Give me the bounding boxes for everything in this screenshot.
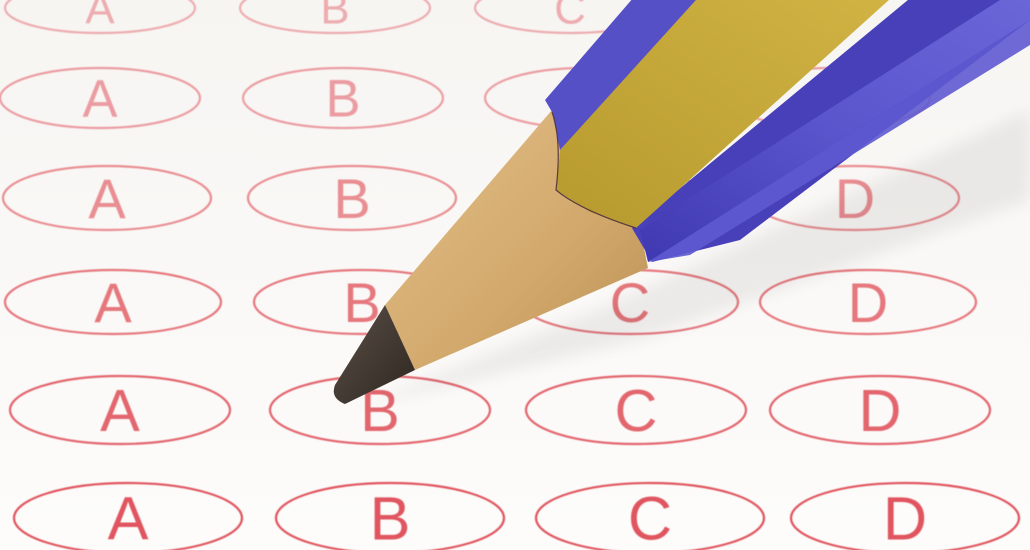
- bubble-label: D: [848, 271, 888, 334]
- bubble-label: C: [628, 485, 672, 550]
- bubble-label: B: [325, 70, 360, 129]
- bubble-label: C: [615, 377, 658, 444]
- bubble-label: B: [333, 167, 370, 230]
- bubble-label: A: [82, 70, 117, 129]
- bubble-label: D: [883, 485, 927, 550]
- bubble-label: A: [94, 271, 132, 334]
- bubble-label: B: [320, 0, 349, 34]
- bubble-label: C: [554, 0, 586, 34]
- bubble-label: A: [85, 0, 115, 34]
- bubble-label: B: [370, 485, 411, 550]
- bubble-label: D: [859, 377, 902, 444]
- bubble-label: A: [100, 377, 140, 444]
- bubble-label: A: [108, 485, 149, 550]
- answer-sheet-photo: ABCABCDABCDABCDABCDABCD: [0, 0, 1030, 550]
- bubble-label: A: [88, 167, 126, 230]
